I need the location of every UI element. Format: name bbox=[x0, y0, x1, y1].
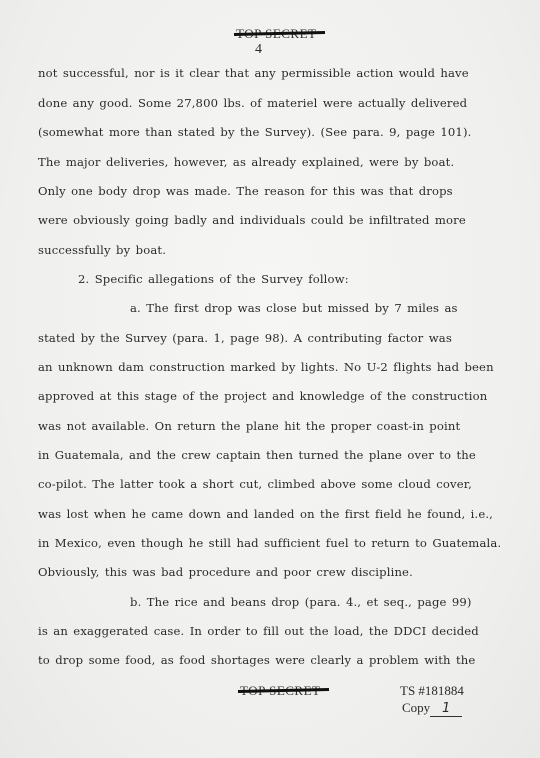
text-line: not successful, nor is it clear that any… bbox=[38, 66, 469, 80]
text-line: stated by the Survey (para. 1, page 98).… bbox=[38, 331, 452, 345]
text-line: Obviously, this was bad procedure and po… bbox=[38, 565, 413, 579]
header-classification-stamp: TOP SECRET bbox=[236, 26, 317, 42]
text-line: in Guatemala, and the crew captain then … bbox=[38, 448, 476, 462]
text-line: a. The first drop was close but missed b… bbox=[130, 301, 458, 315]
text-line: Only one body drop was made. The reason … bbox=[38, 184, 453, 198]
copy-number-field: Copy1 bbox=[402, 700, 462, 717]
text-line: were obviously going badly and individua… bbox=[38, 213, 466, 227]
footer-classification-stamp: TOP SECRET bbox=[240, 683, 321, 699]
text-line: was not available. On return the plane h… bbox=[38, 419, 460, 433]
text-line: an unknown dam construction marked by li… bbox=[38, 360, 494, 374]
copy-number: 1 bbox=[430, 701, 462, 717]
text-line: co-pilot. The latter took a short cut, c… bbox=[38, 477, 472, 491]
text-line: to drop some food, as food shortages wer… bbox=[38, 653, 475, 667]
text-line: is an exaggerated case. In order to fill… bbox=[38, 624, 479, 638]
text-line: in Mexico, even though he still had suff… bbox=[38, 536, 501, 550]
text-line: approved at this stage of the project an… bbox=[38, 389, 487, 403]
copy-label: Copy bbox=[402, 700, 430, 715]
text-line: The major deliveries, however, as alread… bbox=[38, 155, 454, 169]
document-page: TOP SECRET 4 not successful, nor is it c… bbox=[0, 0, 540, 758]
ts-control-number: TS #181884 bbox=[400, 683, 464, 699]
text-line: 2. Specific allegations of the Survey fo… bbox=[78, 272, 349, 286]
text-line: done any good. Some 27,800 lbs. of mater… bbox=[38, 96, 467, 110]
text-line: (somewhat more than stated by the Survey… bbox=[38, 125, 471, 139]
text-line: b. The rice and beans drop (para. 4., et… bbox=[130, 595, 472, 609]
page-number: 4 bbox=[255, 42, 262, 58]
text-line: successfully by boat. bbox=[38, 243, 166, 257]
text-line: was lost when he came down and landed on… bbox=[38, 507, 493, 521]
